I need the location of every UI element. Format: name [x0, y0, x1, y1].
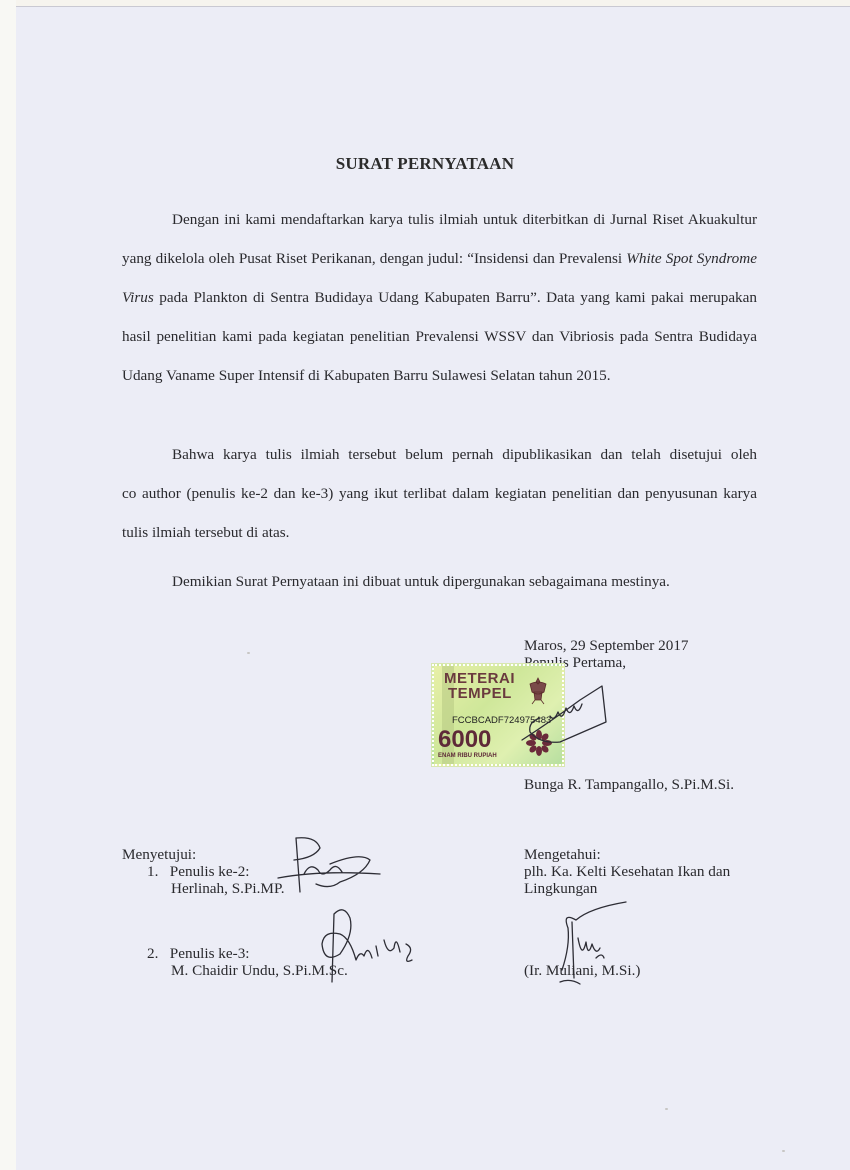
document-title: SURAT PERNYATAAN [0, 154, 850, 174]
paragraph-text: Demikian Surat Pernyataan ini dibuat unt… [172, 573, 670, 590]
paragraph-approval-statement: Bahwa karya tulis ilmiah tersebut belum … [122, 435, 757, 552]
stamp-line2: TEMPEL [448, 685, 512, 702]
paper-speck [247, 652, 250, 654]
approver-1-signature [260, 834, 390, 894]
paragraph-submission: Dengan ini kami mendaftarkan karya tulis… [122, 200, 757, 395]
stamp-value: 6000 [438, 726, 491, 754]
approver-2-signature [310, 904, 420, 984]
paper-speck [782, 1150, 785, 1152]
acknowledger-name: (Ir. Muliani, M.Si.) [524, 962, 640, 979]
acknowledgement-heading: Mengetahui: [524, 846, 601, 863]
acknowledger-role-line1: plh. Ka. Kelti Kesehatan Ikan dan [524, 863, 730, 880]
paragraph-closing: Demikian Surat Pernyataan ini dibuat unt… [122, 562, 757, 601]
paragraph-text: co author (penulis ke-2 dan ke-3) yang i… [122, 474, 757, 552]
stamp-value-words: ENAM RIBU RUPIAH [438, 753, 497, 759]
approval-heading: Menyetujui: [122, 846, 196, 863]
approver-2-label: 2. Penulis ke-3: [147, 945, 250, 962]
paragraph-line: Bahwa karya tulis ilmiah tersebut belum … [122, 435, 757, 474]
first-author-name: Bunga R. Tampangallo, S.Pi.M.Si. [524, 776, 734, 793]
acknowledger-role-line2: Lingkungan [524, 880, 597, 897]
paragraph-text: pada Plankton di Sentra Budidaya Udang K… [122, 289, 757, 384]
scan-left-edge [0, 0, 16, 1170]
approver-1-label: 1. Penulis ke-2: [147, 863, 250, 880]
paper-speck [665, 1108, 668, 1110]
first-author-signature [520, 682, 610, 752]
place-date: Maros, 29 September 2017 [524, 637, 689, 654]
paragraph-text: Bahwa karya tulis ilmiah tersebut belum … [172, 446, 757, 463]
